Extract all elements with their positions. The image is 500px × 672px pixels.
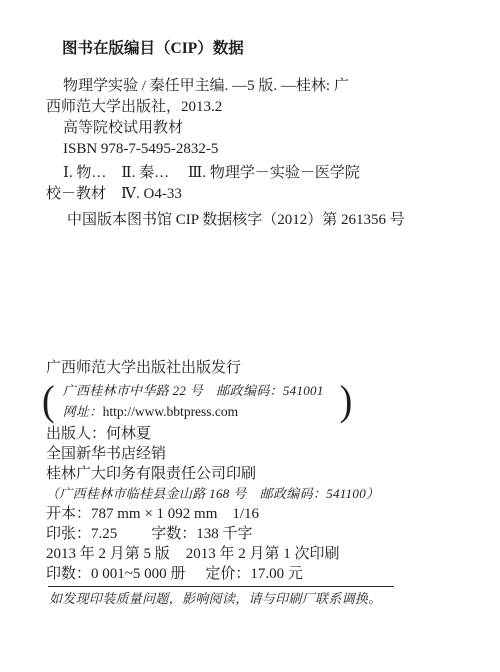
colophon-section: 广西师范大学出版社出版发行 ( 广西桂林市中华路 22 号 邮政编码：54100…	[46, 358, 450, 609]
print-run-value: 印数：0 001~5 000 册	[46, 566, 185, 582]
cip-heading: 图书在版编目（CIP）数据	[46, 38, 470, 59]
cip-isbn: ISBN 978-7-5495-2832-5	[46, 139, 470, 160]
cip-entry-line-1: 物理学实验 / 秦任甲主编. —5 版. —桂林: 广	[46, 76, 470, 97]
publisher-address: 广西桂林市中华路 22 号 邮政编码：541001	[63, 380, 324, 401]
cip-section: 图书在版编目（CIP）数据 物理学实验 / 秦任甲主编. —5 版. —桂林: …	[46, 38, 470, 231]
cip-entry-line-2: 西师范大学出版社，2013.2	[46, 97, 470, 118]
sheets-value: 印张：7.25	[46, 526, 117, 542]
publisher-address-group: ( 广西桂林市中华路 22 号 邮政编码：541001 网址：http://ww…	[46, 378, 450, 424]
cip-classification: Ⅰ. 物… Ⅱ. 秦… Ⅲ. 物理学－实验－医学院 校－教材 Ⅳ. O4-33	[46, 163, 470, 205]
cip-record-number: 中国版本图书馆 CIP 数据核字（2012）第 261356 号	[46, 210, 470, 231]
edition-value: 2013 年 2 月第 5 版	[46, 546, 170, 562]
publisher-person: 出版人：何林夏	[46, 424, 450, 444]
website-url: http://www.bbtpress.com	[103, 404, 239, 419]
close-paren-glyph: )	[340, 380, 353, 423]
printer-line: 桂林广大印务有限责任公司印刷	[46, 464, 450, 484]
website-line: 网址：http://www.bbtpress.com	[63, 401, 324, 423]
cip-classification-line-2: 校－教材 Ⅳ. O4-33	[46, 184, 470, 205]
cip-entry: 物理学实验 / 秦任甲主编. —5 版. —桂林: 广 西师范大学出版社，201…	[46, 76, 470, 160]
sheets-wordcount-line: 印张：7.25字数：138 千字	[46, 524, 450, 544]
printrun-price-line: 印数：0 001~5 000 册定价：17.00 元	[46, 564, 450, 584]
cip-classification-line-1: Ⅰ. 物… Ⅱ. 秦… Ⅲ. 物理学－实验－医学院	[46, 163, 470, 184]
book-copyright-page: 图书在版编目（CIP）数据 物理学实验 / 秦任甲主编. —5 版. —桂林: …	[0, 0, 500, 672]
publisher-address-lines: 广西桂林市中华路 22 号 邮政编码：541001 网址：http://www.…	[63, 380, 324, 423]
cip-series-note: 高等院校试用教材	[46, 118, 470, 139]
price-value: 定价：17.00 元	[205, 566, 303, 582]
word-count-value: 字数：138 千字	[151, 526, 252, 542]
publisher-line: 广西师范大学出版社出版发行	[46, 358, 450, 378]
format-line: 开本：787 mm × 1 092 mm 1/16	[46, 504, 450, 524]
quality-note: 如发现印装质量问题，影响阅读，请与印刷厂联系调换。	[46, 589, 450, 609]
printer-address: （广西桂林市临桂县金山路 168 号 邮政编码：541100）	[46, 484, 450, 504]
impression-value: 2013 年 2 月第 1 次印刷	[186, 546, 340, 562]
distribution-line: 全国新华书店经销	[46, 444, 450, 464]
open-paren-glyph: (	[42, 380, 55, 423]
edition-impression-line: 2013 年 2 月第 5 版2013 年 2 月第 1 次印刷	[46, 544, 450, 564]
divider-rule	[48, 586, 394, 587]
website-label: 网址：	[63, 404, 103, 419]
